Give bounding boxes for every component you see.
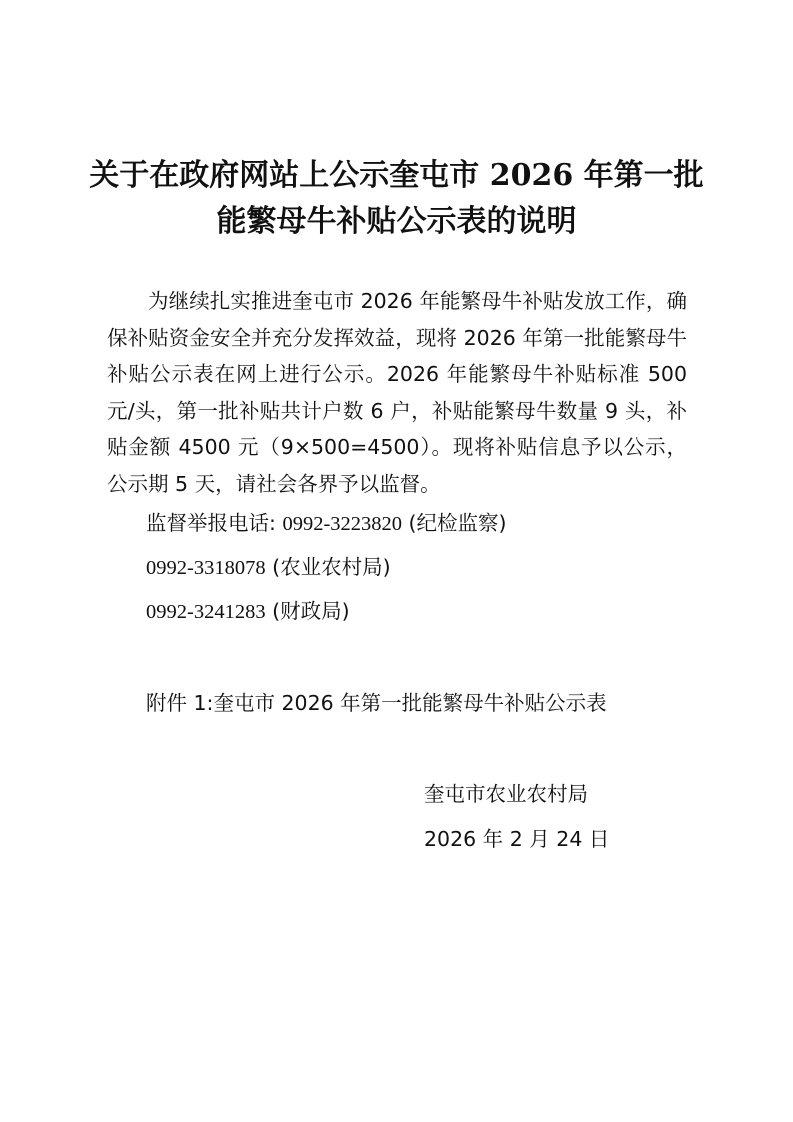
signature-org: 奎屯市农业农村局 [424,781,588,807]
hotline-label: 监督举报电话: [146,511,282,535]
hotline-agriculture: 0992-3318078 (农业农村局) [146,554,391,581]
hotline-number: 0992-3318078 [146,557,266,579]
body-paragraph-container: 为继续扎实推进奎屯市 2026 年能繁母牛补贴发放工作，确保补贴资金安全并充分发… [107,283,687,502]
hotline-dept: (农业农村局) [266,555,391,579]
document-page: 关于在政府网站上公示奎屯市 2026 年第一批 能繁母牛补贴公示表的说明 为继续… [0,0,793,1122]
hotline-finance: 0992-3241283 (财政局) [146,598,350,625]
hotline-dept: (财政局) [266,599,350,623]
document-title-line-1: 关于在政府网站上公示奎屯市 2026 年第一批 [0,150,793,194]
hotline-discipline: 监督举报电话: 0992-3223820 (纪检监察) [146,510,507,537]
hotline-number: 0992-3223820 [282,513,402,535]
document-title-line-2: 能繁母牛补贴公示表的说明 [0,196,793,240]
hotline-number: 0992-3241283 [146,601,266,623]
attachment-note: 附件 1:奎屯市 2026 年第一批能繁母牛补贴公示表 [146,690,607,716]
body-paragraph: 为继续扎实推进奎屯市 2026 年能繁母牛补贴发放工作，确保补贴资金安全并充分发… [107,283,687,502]
hotline-dept: (纪检监察) [402,511,507,535]
signature-date: 2026 年 2 月 24 日 [424,826,609,852]
